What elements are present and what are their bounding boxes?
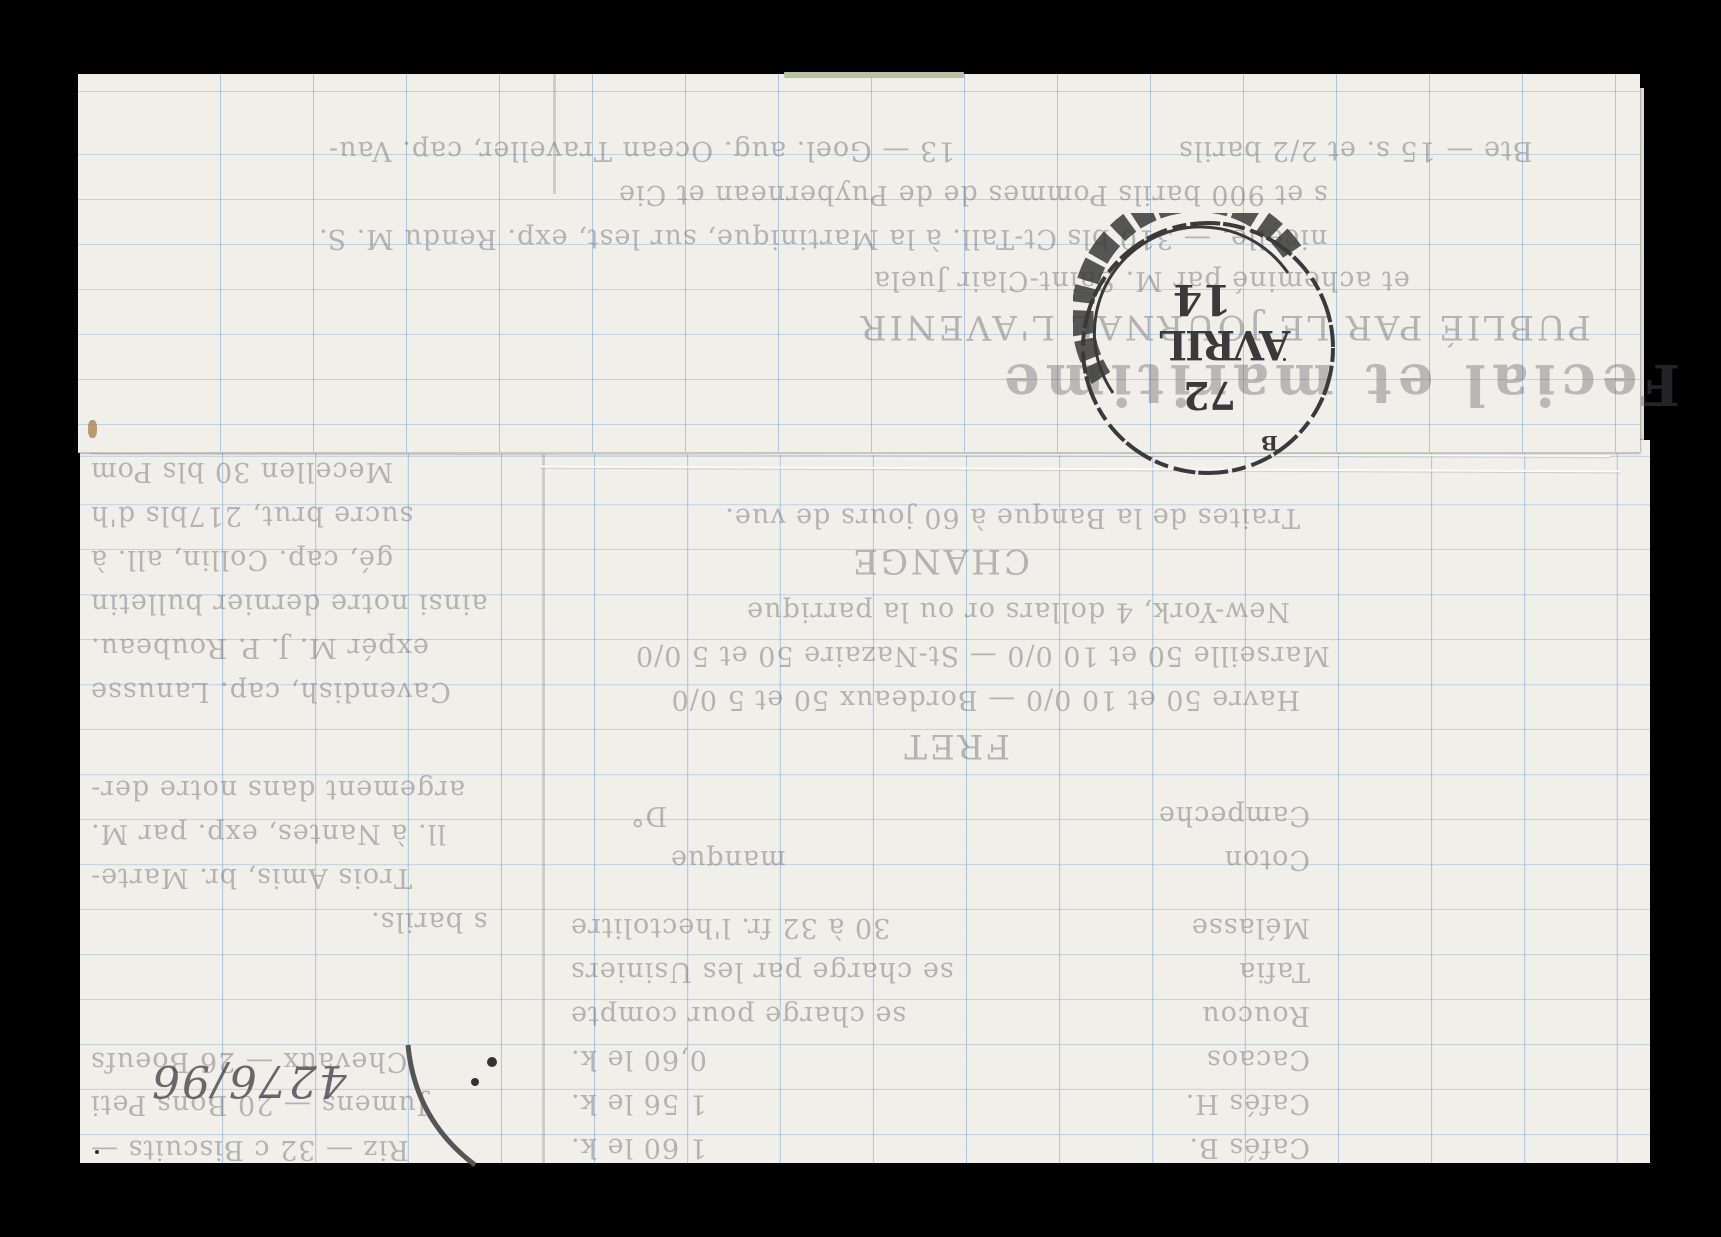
fret-value: 30 à 32 fr. l'hectolitre xyxy=(570,914,890,941)
fret-value: manque xyxy=(670,846,786,873)
postmark-stamp: 14 AVRIL 72 B xyxy=(1073,213,1343,483)
fret-item: Cacaos xyxy=(1206,1044,1310,1075)
partial-postmark-arc-icon xyxy=(400,1040,520,1170)
fret-row-cacaos: Cacaos 0,60 le k. xyxy=(570,1046,1310,1073)
fret-item: Cafés H. xyxy=(1185,1088,1310,1119)
fret-row-melasse: Mélasse 30 à 32 fr. l'hectolitre xyxy=(570,914,1310,941)
manuscript-annotation: 4276/96 xyxy=(150,1055,347,1106)
fret-value: 1 56 le k. xyxy=(570,1090,707,1117)
ink-speck xyxy=(1283,358,1286,361)
text-line: Riz — 32 c Biscuits — xyxy=(90,1136,409,1163)
green-paper-tab xyxy=(784,72,964,78)
change-line: Marseille 50 et 10 0/0 — St-Nazaire 50 e… xyxy=(635,642,1330,669)
ink-speck xyxy=(95,1150,99,1154)
text-line: Mecellen 30 bls Pom xyxy=(90,458,393,485)
fret-row-tafia: Tafia se charge par les Usiniers xyxy=(570,958,1310,985)
fret-item: Tafia xyxy=(1238,956,1310,987)
column-rule xyxy=(542,440,545,1163)
text-line: s et 900 barils Pommes de de Puybernean … xyxy=(618,181,1328,208)
text-line: sucre brut, 217bls d'h xyxy=(90,502,413,529)
postmark-letter: B xyxy=(1261,431,1278,455)
fret-item: Roucou xyxy=(1201,1000,1310,1031)
section-change-heading: CHANGE xyxy=(850,544,1030,578)
fret-row-campeche: Campeche D° xyxy=(570,802,1310,829)
fret-item: Coton xyxy=(1224,844,1310,875)
fret-value: 1 60 le k. xyxy=(570,1134,707,1161)
fret-row-cafes-b: Cafés B. 1 60 le k. xyxy=(570,1134,1310,1161)
change-line: New-York, 4 dollars or ou la parrique xyxy=(746,598,1290,625)
section-fret-heading: FRET xyxy=(901,729,1010,763)
right-column-text: Cafés B. 1 60 le k. Cafés H. 1 56 le k. … xyxy=(550,440,1310,1163)
postmark-month: AVRIL xyxy=(1161,321,1290,368)
fret-row-coton: Coton manque xyxy=(570,846,1310,873)
fret-value: 0,60 le k. xyxy=(570,1046,707,1073)
postmark-year: 72 xyxy=(1183,373,1236,418)
change-line: Havre 50 et 10 0/0 — Bordeaux 50 et 5 0/… xyxy=(671,686,1300,713)
fret-value: D° xyxy=(630,802,667,829)
text-line: gé, cap. Collin, all. à xyxy=(90,546,393,573)
text-line: ll. à Nantes, exp. par M. xyxy=(90,820,446,847)
header-line: Traites de la Banque à 60 jours de vue. xyxy=(724,504,1300,531)
text-line: argement dans notre der- xyxy=(90,776,465,803)
fret-row-cafes-h: Cafés H. 1 56 le k. xyxy=(570,1090,1310,1117)
text-line: ainsi notre dernier bulletin xyxy=(90,590,488,617)
text-line: 13 — Goel. aug. Ocean Traveller, cap. Va… xyxy=(328,137,955,164)
text-line: Bte — 15 s. et 2/2 barils xyxy=(1178,137,1533,164)
rust-stain xyxy=(88,420,97,438)
fret-value: se charge pour compte xyxy=(570,1002,906,1029)
fret-item: Cafés B. xyxy=(1188,1132,1310,1163)
text-line: Cavendish, cap. Lanusse xyxy=(90,678,451,705)
postmark-day: 14 xyxy=(1173,275,1231,324)
fret-item: Campeche xyxy=(1158,800,1310,831)
text-line: Trois Amis, br. Marte- xyxy=(90,864,412,891)
fret-item: Mélasse xyxy=(1191,912,1310,943)
top-flap-text: Fecial et maritime PUBLIÉ PAR LE JOURNAL… xyxy=(78,74,1640,452)
top-flap: Fecial et maritime PUBLIÉ PAR LE JOURNAL… xyxy=(78,74,1640,453)
text-line: expér M. J. P. Roubeau. xyxy=(90,634,429,661)
fret-value: se charge par les Usiniers xyxy=(570,958,954,985)
fret-row-roucou: Roucou se charge pour compte xyxy=(570,1002,1310,1029)
text-line: s barils. xyxy=(370,908,487,935)
